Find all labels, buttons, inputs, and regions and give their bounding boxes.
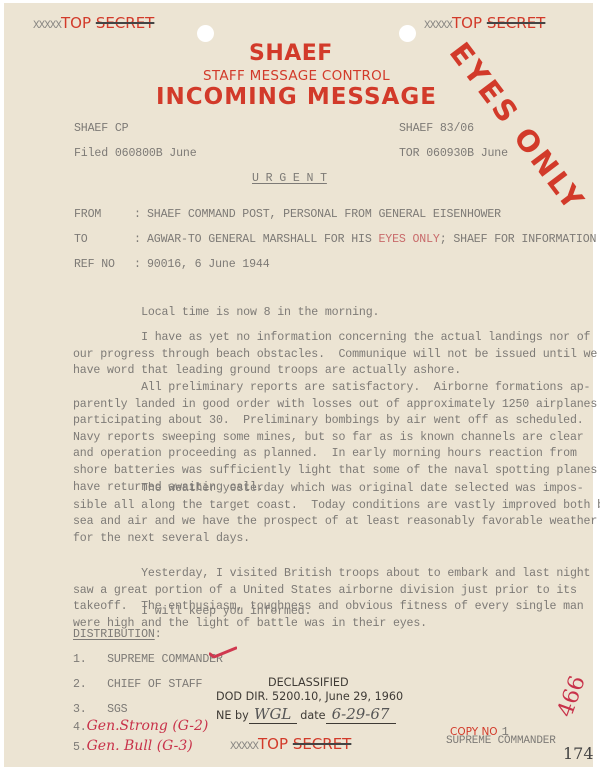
origin: SHAEF CP [74, 122, 128, 135]
distribution-label: DISTRIBUTION: [73, 628, 162, 641]
distribution-item-4: 4.Gen.Strong (G-2) [73, 717, 208, 735]
punch-hole-right [399, 25, 416, 42]
body-paragraph-2: I have as yet no information concerning … [73, 330, 573, 380]
checkmark-icon [209, 646, 237, 658]
classification-bottom: XXXXXTOP SECRET [230, 735, 351, 753]
distribution-item-3: 3. SGS [73, 703, 128, 716]
distribution-item-2: 2. CHIEF OF STAFF [73, 678, 202, 691]
header-org: SHAEF [249, 41, 333, 66]
body-paragraph-6: I will keep you informed. [73, 604, 573, 621]
ref-label: REF NO [74, 258, 115, 271]
body-paragraph-5: Yesterday, I visited British troops abou… [73, 566, 573, 632]
to-sep: : [134, 233, 141, 246]
page-annotation-dark: 174 [563, 744, 594, 763]
precedence: U R G E N T [252, 172, 327, 185]
body-paragraph-1: Local time is now 8 in the morning. [73, 305, 573, 322]
header-subtitle: STAFF MESSAGE CONTROL [203, 68, 390, 84]
copy-recipient: SUPREME COMMANDER [446, 735, 556, 747]
body-paragraph-4: The weather yesterday which was original… [73, 481, 573, 547]
from-sep: : [134, 208, 141, 221]
classification-top-right: XXXXXTOP SECRET [424, 14, 545, 32]
message-number: SHAEF 83/06 [399, 122, 474, 135]
ref-sep: : [134, 258, 141, 271]
from-label: FROM [74, 208, 101, 221]
eyes-only-highlight: EYES ONLY [378, 233, 439, 246]
from-value: SHAEF COMMAND POST, PERSONAL FROM GENERA… [147, 208, 501, 221]
declassified-authority: DOD DIR. 5200.10, June 29, 1960 [216, 690, 403, 703]
ref-value: 90016, 6 June 1944 [147, 258, 270, 271]
time-of-receipt: TOR 060930B June [399, 147, 508, 160]
declassified-by: NE byWGL date6-29-67 [216, 705, 396, 724]
punch-hole-left [197, 25, 214, 42]
to-label: TO [74, 233, 88, 246]
distribution-item-5: 5.Gen. Bull (G-3) [73, 737, 193, 755]
classification-top-left: XXXXXTOP SECRET [33, 14, 154, 32]
body-paragraph-3: All preliminary reports are satisfactory… [73, 380, 573, 496]
header-title: INCOMING MESSAGE [156, 84, 437, 110]
distribution-item-1: 1. SUPREME COMMANDER [73, 653, 223, 666]
declassified-title: DECLASSIFIED [268, 676, 349, 689]
filed-time: Filed 060800B June [74, 147, 197, 160]
to-value: AGWAR-TO GENERAL MARSHALL FOR HIS EYES O… [147, 233, 596, 246]
